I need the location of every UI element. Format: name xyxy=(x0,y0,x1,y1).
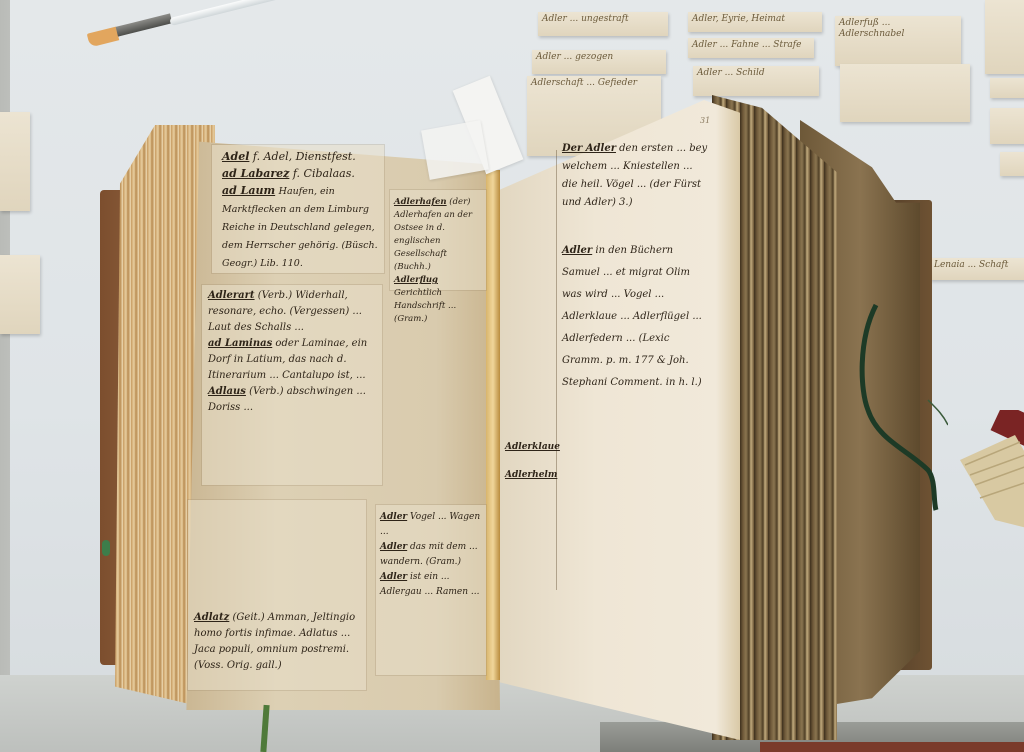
entry-headword: Adler xyxy=(380,542,407,552)
entry-headword: Adlerhafen xyxy=(394,197,447,207)
slip-text: Adler, Eyrie, Heimat xyxy=(692,14,785,24)
green-binding-string xyxy=(848,300,948,520)
entry-text: Haufen, ein Marktflecken an dem Limburg … xyxy=(222,186,378,269)
paintbrush xyxy=(88,0,328,50)
dictionary-entry: Adler Vogel ... Wagen ... Adler das mit … xyxy=(380,510,484,600)
paper-slip: Adler ... gezogen xyxy=(532,50,666,74)
slip-text: Adler ... Schild xyxy=(697,68,765,78)
paper-slip xyxy=(990,78,1024,98)
entry-headword: Adlaus xyxy=(208,386,246,397)
paper-slip: Adler ... Schild xyxy=(693,66,819,96)
margin-label: Adlerklaue xyxy=(505,442,560,452)
entry-headword: Adler xyxy=(562,245,592,256)
paper-slip: Adler ... ungestraft xyxy=(538,12,668,36)
entry-text: f. Adel, Dienstfest. xyxy=(253,150,356,163)
paper-slip: Lenaia ... Schaft xyxy=(930,258,1024,280)
entry-text: Gerichtlich Handschrift ... (Gram.) xyxy=(394,288,456,324)
paper-slip xyxy=(985,0,1024,74)
entry-headword: Adler xyxy=(380,512,407,522)
entry-text: f. Cibalaas. xyxy=(293,167,355,180)
margin-labels: Adlerklaue Adlerhelm xyxy=(505,440,553,482)
entry-headword: ad Laum xyxy=(222,184,275,197)
entry-text: in den Büchern Samuel ... et migrat Olim… xyxy=(562,245,702,388)
entry-headword: ad Laminas xyxy=(208,338,272,349)
paintbrush-ferrule xyxy=(116,13,173,36)
slip-text: Adler ... gezogen xyxy=(536,52,613,62)
column-rule xyxy=(556,150,557,590)
dictionary-entry: Adlerart (Verb.) Widerhall, resonare, ec… xyxy=(208,288,380,416)
entry-headword: Adlatz xyxy=(194,612,229,623)
paper-slip: Adler ... Fahne ... Strafe xyxy=(688,38,814,58)
dusting-brush xyxy=(955,410,1024,530)
dictionary-entry: Adler in den Büchern Samuel ... et migra… xyxy=(562,240,710,394)
entry-headword: Der Adler xyxy=(562,143,616,154)
book-gutter xyxy=(486,170,500,680)
entry-text: (der) Adlerhafen an der Ostsee in d. eng… xyxy=(394,197,472,272)
paper-slip xyxy=(990,108,1024,144)
slip-text: Adlerschaft ... Gefieder xyxy=(531,78,637,88)
red-table-edge xyxy=(760,742,1024,752)
entry-headword: Adlerflug xyxy=(394,275,438,285)
entry-headword: ad Labarez xyxy=(222,167,289,180)
paintbrush-bristles xyxy=(87,27,119,48)
slip-text: Adler ... ungestraft xyxy=(542,14,629,24)
margin-label: Adlerhelm xyxy=(505,470,557,480)
white-bookmark xyxy=(421,120,489,180)
dictionary-entry: Adlerhafen (der) Adlerhafen an der Ostse… xyxy=(394,196,486,326)
paper-slip xyxy=(840,64,970,122)
paper-slip xyxy=(1000,152,1024,176)
entry-headword: Adlerart xyxy=(208,290,255,301)
paper-slip-stack xyxy=(0,255,40,334)
green-string-end xyxy=(102,540,110,556)
paintbrush-handle xyxy=(169,0,316,26)
slip-text: Lenaia ... Schaft xyxy=(934,260,1008,270)
page-number: 31 xyxy=(700,112,710,129)
dictionary-entry: Der Adler den ersten ... bey welchem ...… xyxy=(562,140,710,212)
dictionary-entry: Adel f. Adel, Dienstfest. ad Labarez f. … xyxy=(222,148,382,272)
paper-slip: Adlerfuß ... Adlerschnabel xyxy=(835,16,961,66)
entry-headword: Adler xyxy=(380,572,407,582)
slip-text: Adlerfuß ... Adlerschnabel xyxy=(839,18,904,39)
entry-headword: Adel xyxy=(222,150,249,163)
paper-slip-stack xyxy=(0,112,30,211)
slip-text: Adler ... Fahne ... Strafe xyxy=(692,40,801,50)
dictionary-entry: Adlatz (Geit.) Amman, Jeltingio homo for… xyxy=(194,610,364,674)
paper-slip: Adler, Eyrie, Heimat xyxy=(688,12,822,32)
